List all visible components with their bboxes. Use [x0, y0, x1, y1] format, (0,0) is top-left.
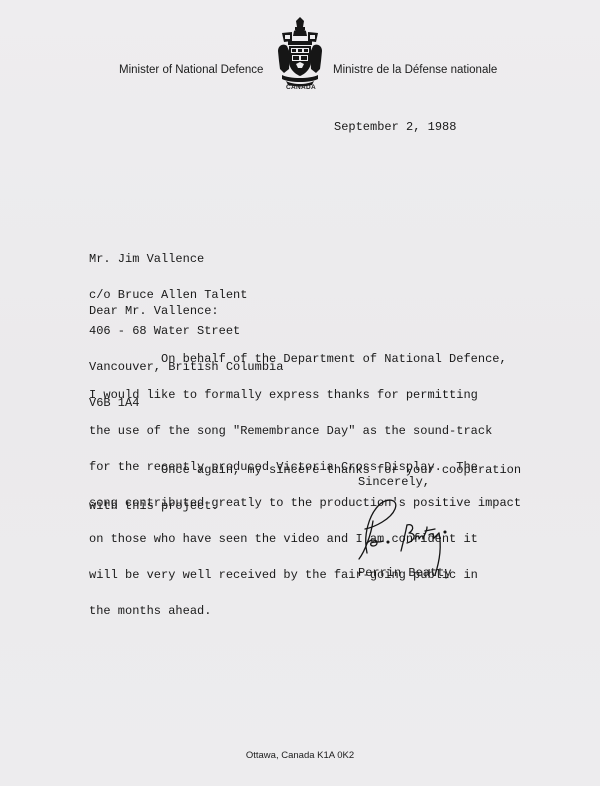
letter-date: September 2, 1988 [334, 121, 456, 133]
letterhead-english-title: Minister of National Defence [119, 64, 263, 76]
emblem-caption: CANADA [281, 84, 321, 91]
body-line: On behalf of the Department of National … [89, 353, 521, 365]
signer-name: Perrin Beatty [358, 567, 452, 579]
body-line: Once again, my sincere thanks for your c… [89, 464, 521, 476]
coat-of-arms-icon [276, 17, 324, 87]
recipient-line: c/o Bruce Allen Talent [89, 289, 283, 301]
salutation: Dear Mr. Vallence: [89, 305, 219, 317]
closing: Sincerely, [358, 476, 430, 488]
letter-page: Minister of National Defence CANADA Mini… [0, 0, 600, 786]
letterhead-french-title: Ministre de la Défense nationale [333, 64, 497, 76]
recipient-line: Mr. Jim Vallence [89, 253, 283, 265]
footer-address: Ottawa, Canada K1A 0K2 [0, 750, 600, 761]
body-line: the months ahead. [89, 605, 521, 617]
body-line: I would like to formally express thanks … [89, 389, 521, 401]
body-line: the use of the song "Remembrance Day" as… [89, 425, 521, 437]
